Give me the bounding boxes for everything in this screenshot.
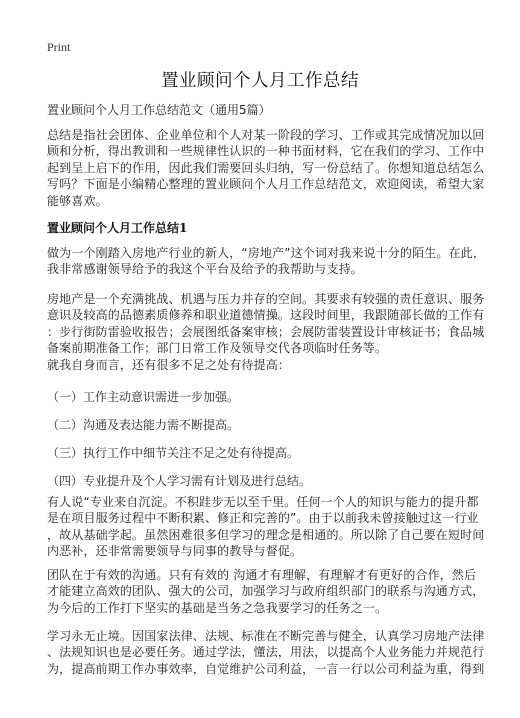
paragraph-5: 团队在于有效的沟通。只有有效的 沟通才有理解，有理解才有更好的合作，然后 才能建… [47, 567, 477, 616]
text-line: 我非常感谢领导给予的我这个平台及给予的我帮助与支持。 [47, 261, 477, 277]
text-line: 才能建立高效的团队、强大的公司，加强学习与政府组织部门的联系与沟通方式， [47, 583, 477, 599]
paragraph-2: 房地产是一个充满挑战、机遇与压力并存的空间。其要求有较强的责任意识、服务 意识及… [47, 291, 477, 357]
text-line: 有人说“专业来自沉淀。不积跬步无以至千里。任何一个人的知识与能力的提升都 [47, 494, 477, 510]
text-line: 团队在于有效的沟通。只有有效的 沟通才有理解，有理解才有更好的合作，然后 [47, 567, 477, 583]
text-line: 顾和分析，得出教训和一些规律性认识的一种书面材料，它在我们的学习、工作中 [47, 143, 477, 159]
list-item: （四）专业提升及个人学习需有计划及进行总结。 [47, 472, 311, 489]
text-line: 总结是指社会团体、企业单位和个人对某一阶段的学习、工作或其完成情况加以回 [47, 127, 477, 143]
paragraph-3: 就我自身而言，还有很多不足之处有待提高： [47, 357, 477, 373]
text-line: ：步行街防雷验收报告；会展图纸备案审核；会展防雷装置设计审核证书；食品城 [47, 324, 477, 340]
document-subtitle: 置业顾问个人月工作总结范文（通用5篇） [47, 101, 271, 118]
list-item: （二）沟通及表达能力需不断提高。 [47, 416, 239, 433]
list-item: （一）工作主动意识需进一步加强。 [47, 388, 239, 405]
document-title: 置业顾问个人月工作总结 [0, 67, 520, 92]
text-line: 就我自身而言，还有很多不足之处有待提高： [47, 357, 477, 373]
document-page: Print 置业顾问个人月工作总结 置业顾问个人月工作总结范文（通用5篇） 总结… [0, 0, 520, 718]
text-line: 、法规知识也是必要任务。通过学法，懂法，用法，以提高个人业务能力并规范行 [47, 644, 477, 660]
text-line: 起到呈上启下的作用，因此我们需要回头归纳，写一份总结了。你想知道总结怎么 [47, 160, 477, 176]
intro-paragraph: 总结是指社会团体、企业单位和个人对某一阶段的学习、工作或其完成情况加以回 顾和分… [47, 127, 477, 209]
text-line: 为今后的工作打下坚实的基础是当务之急我要学习的任务之一。 [47, 600, 477, 616]
text-line: 学习永无止境。因国家法律、法规、标准在不断完善与健全，认真学习房地产法律 [47, 628, 477, 644]
text-line: 做为一个刚踏入房地产行业的新人，“房地产”这个词对我来说十分的陌生。在此， [47, 245, 477, 261]
print-label[interactable]: Print [47, 40, 70, 55]
text-line: 是在项目服务过程中不断积累、修正和完善的”。由于以前我未曾接触过这一行业 [47, 510, 477, 526]
paragraph-6: 学习永无止境。因国家法律、法规、标准在不断完善与健全，认真学习房地产法律 、法规… [47, 628, 477, 677]
text-line: 能够喜欢。 [47, 193, 477, 209]
section-heading: 置业顾问个人月工作总结1 [47, 219, 187, 236]
paragraph-1: 做为一个刚踏入房地产行业的新人，“房地产”这个词对我来说十分的陌生。在此， 我非… [47, 245, 477, 278]
text-line: 意识及较高的品德素质修养和职业道德情操。这段时间里，我跟随部长做的工作有 [47, 307, 477, 323]
text-line: ，故从基础学起。虽然困难很多但学习的理念是相通的。所以除了自己要在短时间 [47, 527, 477, 543]
text-line: 备案前期准备工作；部门日常工作及领导交代各项临时任务等。 [47, 340, 477, 356]
text-line: 内恶补，还非常需要领导与同事的教导与督促。 [47, 543, 477, 559]
text-line: 房地产是一个充满挑战、机遇与压力并存的空间。其要求有较强的责任意识、服务 [47, 291, 477, 307]
list-item: （三）执行工作中细节关注不足之处有待提高。 [47, 444, 299, 461]
text-line: 为，提高前期工作办事效率，自觉维护公司利益，一言一行以公司利益为重，得到 [47, 661, 477, 677]
paragraph-4: 有人说“专业来自沉淀。不积跬步无以至千里。任何一个人的知识与能力的提升都 是在项… [47, 494, 477, 560]
text-line: 写吗？下面是小编精心整理的置业顾问个人月工作总结范文，欢迎阅读，希望大家 [47, 176, 477, 192]
